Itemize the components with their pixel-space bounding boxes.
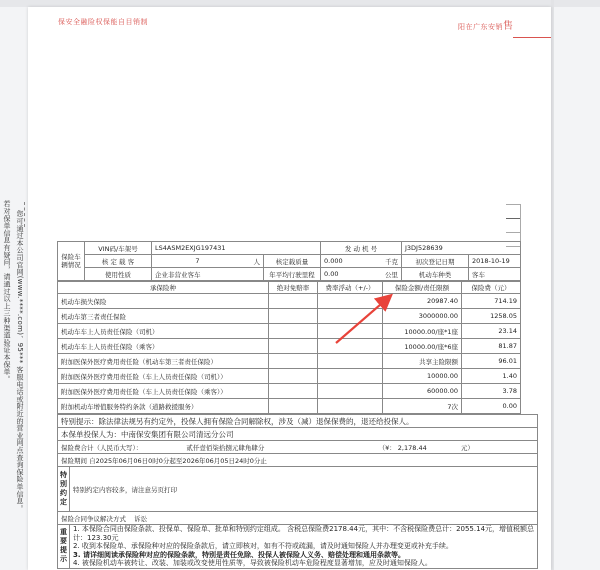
special-terms-label: 特别约定 bbox=[58, 467, 70, 512]
coverage-amount: 10000.00/座*6座 bbox=[383, 339, 462, 354]
coverage-premium: 81.87 bbox=[462, 339, 521, 354]
mass-value: 0.000 bbox=[321, 255, 356, 268]
important-label: 重要提示 bbox=[58, 525, 70, 569]
policy-period: 保险期间 自2025年06月06日0时0分起至2026年06月05日24时0分止 bbox=[58, 454, 538, 467]
coverage-amount: 60000.00 bbox=[383, 384, 462, 399]
usage-value: 企业非营业客车 bbox=[152, 268, 264, 281]
mileage-unit: 公里 bbox=[355, 268, 402, 281]
coverage-premium: 714.19 bbox=[462, 294, 521, 309]
coverage-premium: 1258.05 bbox=[462, 309, 521, 324]
coverage-amount: 7次 bbox=[383, 399, 462, 414]
coverage-rate-float bbox=[318, 354, 383, 369]
special-terms-value: 特别约定内容较多，请注意另页打印 bbox=[70, 467, 538, 512]
coverage-amount: 共享主险限额 bbox=[383, 354, 462, 369]
side-note-inner: 您可通过本公司官网(www.****.com)、95*** 客服电话或附近的营业… bbox=[16, 210, 24, 512]
coverage-rate-float bbox=[318, 384, 383, 399]
coverage-amount: 3000000.00 bbox=[383, 309, 462, 324]
coverage-table: 承保险种 绝对免赔率 费率浮动（+/-） 保险金额/责任限额 保险费（元） 机动… bbox=[57, 281, 521, 414]
reg-date-label: 初次登记日期 bbox=[402, 255, 469, 268]
col-header-amount: 保险金额/责任限额 bbox=[383, 282, 462, 294]
seats-label: 核 定 载 客 bbox=[85, 255, 152, 268]
vin-label: VIN码/车架号 bbox=[85, 242, 152, 255]
header-stamp-left: 保安全融险权保能自目销制 bbox=[58, 17, 148, 27]
coverage-rate-float bbox=[318, 294, 383, 309]
total-unit: 元） bbox=[461, 444, 474, 452]
total-symbol: （¥： bbox=[379, 444, 396, 452]
header-stamp-right-text: 阳在广东安销 bbox=[458, 23, 503, 31]
mass-label: 核定载质量 bbox=[264, 255, 321, 268]
coverage-premium: 1.40 bbox=[462, 369, 521, 384]
tip-4: 4. 被保险机动车被转让、改装、加装或改变使用性质等，导致被保险机动车危险程度显… bbox=[73, 559, 534, 568]
coverage-name: 机动车第三者责任保险 bbox=[58, 309, 269, 324]
vehicle-info-table: 保险车辆情况 VIN码/车架号 LS4ASM2EXJG197431 发 动 机 … bbox=[57, 241, 521, 281]
coverage-name: 机动车车上人员责任保险（乘客） bbox=[58, 339, 269, 354]
col-header-rate-float: 费率浮动（+/-） bbox=[318, 282, 383, 294]
coverage-rate-float bbox=[318, 324, 383, 339]
tip-1: 1. 本保险合同由保险条款、投保单、保险单、批单和特别约定组成。 含税总保险费2… bbox=[73, 525, 534, 534]
coverage-deductible bbox=[269, 309, 318, 324]
side-note-outer: 若对保单信息有疑问，请通过以上三种渠道验证本保单。 bbox=[3, 200, 11, 383]
mass-unit: 千克 bbox=[355, 255, 402, 268]
viewer-right-shade bbox=[551, 0, 554, 570]
vin-value: LS4ASM2EXJG197431 bbox=[152, 242, 321, 255]
dispute-resolution: 保险合同争议解决方式 诉讼 bbox=[58, 512, 538, 525]
engine-label: 发 动 机 号 bbox=[321, 242, 402, 255]
coverage-row: 附加医保外医疗费用责任险（车上人员责任保险（司机））10000.001.40 bbox=[58, 369, 521, 384]
vehicle-type-label: 机动车种类 bbox=[402, 268, 469, 281]
coverage-name: 机动车损失保险 bbox=[58, 294, 269, 309]
coverage-name: 附加医保外医疗费用责任险（车上人员责任保险（司机）） bbox=[58, 369, 269, 384]
header-red-line bbox=[513, 37, 551, 38]
special-hint: 特别提示：除法律法规另有约定外，投保人拥有保险合同解除权，涉及（减）退保保费的，… bbox=[58, 415, 538, 428]
coverage-deductible bbox=[269, 324, 318, 339]
tip-2: 2. 收到本保险单、承保险种对应的保险条款后，请立即核对，如有不符或疏漏，请及时… bbox=[73, 542, 534, 551]
tip-3: 3. 请详细阅读承保险种对应的保险条款，特别是责任免除、投保人被保险人义务、赔偿… bbox=[73, 551, 534, 560]
coverage-name: 附加机动车增值服务特约条款（道路救援服务） bbox=[58, 399, 269, 414]
coverage-amount: 20987.40 bbox=[383, 294, 462, 309]
dashed-divider bbox=[24, 202, 26, 227]
coverage-amount: 10000.00 bbox=[383, 369, 462, 384]
dispute-row: 保险合同争议解决方式 诉讼 bbox=[58, 512, 538, 525]
col-header-deductible: 绝对免赔率 bbox=[269, 282, 318, 294]
special-hint-row: 特别提示：除法律法规另有约定外，投保人拥有保险合同解除权，涉及（减）退保保费的，… bbox=[58, 415, 538, 428]
dispute-value: 诉讼 bbox=[134, 515, 147, 523]
header-stamp-right-big: 售 bbox=[503, 21, 514, 32]
dispute-label: 保险合同争议解决方式 bbox=[61, 515, 126, 523]
total-premium: 保险费合计（人民币大写）： 贰仟壹佰柒拾捌元肆角肆分 （¥： 2,178.44 … bbox=[58, 441, 538, 454]
policyholder: 本保单投保人为：中南保安集团有限公司清远分公司 bbox=[58, 428, 538, 441]
total-label: 保险费合计（人民币大写）： bbox=[61, 444, 142, 452]
coverage-row: 机动车第三者责任保险3000000.001258.05 bbox=[58, 309, 521, 324]
special-terms-row: 特别约定 特别约定内容较多，请注意另页打印 bbox=[58, 467, 538, 512]
coverage-amount: 10000.00/座*1座 bbox=[383, 324, 462, 339]
important-row: 重要提示 1. 本保险合同由保险条款、投保单、保险单、批单和特别约定组成。 含税… bbox=[58, 525, 538, 569]
mileage-label: 年平均行驶里程 bbox=[264, 268, 321, 281]
coverage-premium: 96.01 bbox=[462, 354, 521, 369]
col-header-coverage: 承保险种 bbox=[58, 282, 269, 294]
engine-value: J3DJ528639 bbox=[402, 242, 521, 255]
vehicle-row-vin: 保险车辆情况 VIN码/车架号 LS4ASM2EXJG197431 发 动 机 … bbox=[58, 242, 521, 255]
coverage-deductible bbox=[269, 294, 318, 309]
coverage-deductible bbox=[269, 384, 318, 399]
seats-unit: 人 bbox=[243, 255, 264, 268]
reg-date-value: 2018-10-19 bbox=[469, 255, 521, 268]
viewer-top-bar bbox=[0, 0, 600, 7]
vehicle-section-label: 保险车辆情况 bbox=[58, 242, 85, 281]
coverage-rate-float bbox=[318, 369, 383, 384]
usage-label: 使用性质 bbox=[85, 268, 152, 281]
vehicle-row-seats: 核 定 载 客 7 人 核定载质量 0.000 千克 初次登记日期 2018-1… bbox=[58, 255, 521, 268]
coverage-premium: 3.78 bbox=[462, 384, 521, 399]
coverage-row: 机动车损失保险20987.40714.19 bbox=[58, 294, 521, 309]
coverage-rate-float bbox=[318, 399, 383, 414]
tip-1-cont: 计：123.30元 bbox=[73, 534, 534, 543]
coverage-name: 附加医保外医疗费用责任险（车上人员责任保险（乘客）） bbox=[58, 384, 269, 399]
tick bbox=[506, 218, 520, 219]
coverage-name: 附加医保外医疗费用责任险（机动车第三者责任保险） bbox=[58, 354, 269, 369]
tick bbox=[506, 232, 520, 233]
vehicle-type-value: 客车 bbox=[469, 268, 521, 281]
coverage-deductible bbox=[269, 354, 318, 369]
coverage-row: 附加机动车增值服务特约条款（道路救援服务）7次0.00 bbox=[58, 399, 521, 414]
coverage-deductible bbox=[269, 339, 318, 354]
coverage-row: 机动车车上人员责任保险（司机）10000.00/座*1座23.14 bbox=[58, 324, 521, 339]
important-tips: 1. 本保险合同由保险条款、投保单、保险单、批单和特别约定组成。 含税总保险费2… bbox=[70, 525, 538, 569]
total-amount: 2,178.44 bbox=[398, 444, 427, 452]
coverage-row: 附加医保外医疗费用责任险（车上人员责任保险（乘客））60000.003.78 bbox=[58, 384, 521, 399]
total-row: 保险费合计（人民币大写）： 贰仟壹佰柒拾捌元肆角肆分 （¥： 2,178.44 … bbox=[58, 441, 538, 454]
coverage-premium: 0.00 bbox=[462, 399, 521, 414]
period-value: 自2025年06月06日0时0分起至2026年06月05日24时0分止 bbox=[89, 457, 267, 465]
policy-document: 保险车辆情况 VIN码/车架号 LS4ASM2EXJG197431 发 动 机 … bbox=[57, 241, 521, 569]
seats-value: 7 bbox=[152, 255, 244, 268]
vehicle-row-usage: 使用性质 企业非营业客车 年平均行驶里程 0.00 公里 机动车种类 客车 bbox=[58, 268, 521, 281]
coverage-header-row: 承保险种 绝对免赔率 费率浮动（+/-） 保险金额/责任限额 保险费（元） bbox=[58, 282, 521, 294]
coverage-rows: 机动车损失保险20987.40714.19机动车第三者责任保险3000000.0… bbox=[58, 294, 521, 414]
period-row: 保险期间 自2025年06月06日0时0分起至2026年06月05日24时0分止 bbox=[58, 454, 538, 467]
period-label: 保险期间 bbox=[61, 457, 87, 465]
coverage-deductible bbox=[269, 399, 318, 414]
tick bbox=[506, 204, 520, 205]
policyholder-row: 本保单投保人为：中南保安集团有限公司清远分公司 bbox=[58, 428, 538, 441]
coverage-rate-float bbox=[318, 339, 383, 354]
mileage-value: 0.00 bbox=[321, 268, 356, 281]
coverage-row: 附加医保外医疗费用责任险（机动车第三者责任保险）共享主险限额96.01 bbox=[58, 354, 521, 369]
coverage-name: 机动车车上人员责任保险（司机） bbox=[58, 324, 269, 339]
coverage-rate-float bbox=[318, 309, 383, 324]
header-stamp-right: 阳在广东安销售 bbox=[458, 17, 514, 32]
coverage-premium: 23.14 bbox=[462, 324, 521, 339]
coverage-deductible bbox=[269, 369, 318, 384]
col-header-premium: 保险费（元） bbox=[462, 282, 521, 294]
notice-table: 特别提示：除法律法规另有约定外，投保人拥有保险合同解除权，涉及（减）退保保费的，… bbox=[57, 414, 538, 569]
total-words: 贰仟壹佰柒拾捌元肆角肆分 bbox=[186, 444, 264, 452]
coverage-row: 机动车车上人员责任保险（乘客）10000.00/座*6座81.87 bbox=[58, 339, 521, 354]
